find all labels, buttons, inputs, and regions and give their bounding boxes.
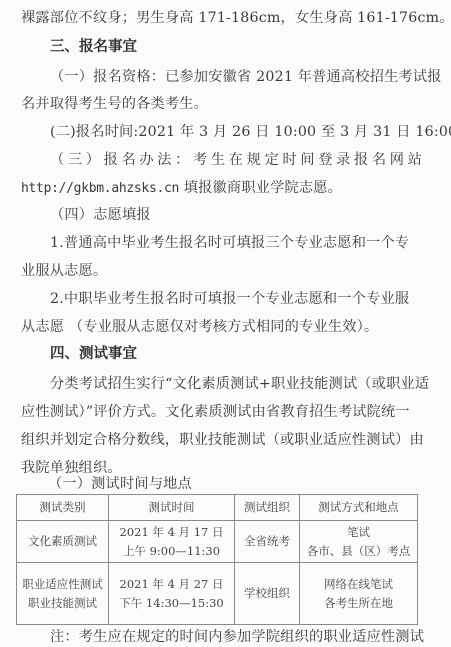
cell-text: 2021 年 4 月 17 日 <box>109 523 234 542</box>
cell-text: 上午 9:00—11:30 <box>109 542 234 561</box>
wish2-text-line1: 2.中职毕业考生报名时可填报一个专业志愿和一个专业服 <box>50 289 422 309</box>
section-heading-testing: 四、测试事宜 <box>50 344 137 364</box>
testing-para-line3: 组织并划定合格分数线，职业技能测试（或职业适应性测试）由 <box>21 430 423 450</box>
cell-text: 下午 14:30—15:30 <box>109 594 234 613</box>
wish2-text-line2: 从志愿 （专业服从志愿仅对考核方式相同的专业生效）。 <box>21 317 423 337</box>
registration-method-line2: http://gkbm.ahzsks.cn 填报徽商职业学院志愿。 <box>21 178 423 199</box>
header-cell-time: 测试时间 <box>109 495 235 521</box>
table-row: 文化素质测试 2021 年 4 月 17 日 上午 9:00—11:30 全省统… <box>17 521 418 563</box>
cell-category: 职业适应性测试 职业技能测试 <box>17 563 109 625</box>
cell-text: 全省统考 <box>235 532 299 551</box>
cell-text: 各考生所在地 <box>300 594 417 613</box>
cell-text: 2021 年 4 月 27 日 <box>109 575 234 594</box>
eligibility-text-line1: （一）报名资格：已参加安徽省 2021 年普通高校招生考试报 <box>50 67 422 87</box>
testing-para-line1: 分类考试招生实行“文化素质测试+职业技能测试（或职业适 <box>50 374 422 394</box>
header-cell-category: 测试类别 <box>17 495 109 521</box>
testing-para-line2: 应性测试）”评价方式。文化素质测试由省教育招生考试院统一 <box>21 402 423 422</box>
test-schedule-table: 测试类别 测试时间 测试组织 测试方式和地点 文化素质测试 2021 年 4 月… <box>16 494 418 625</box>
cell-text: 职业技能测试 <box>17 594 108 613</box>
note-text: 注：考生应在规定的时间内参加学院组织的职业适应性测试 <box>50 627 422 647</box>
cell-text: 笔试 <box>300 523 417 542</box>
cell-time: 2021 年 4 月 17 日 上午 9:00—11:30 <box>109 521 235 563</box>
wish1-text-line1: 1.普通高中毕业考生报名时可填报三个专业志愿和一个专 <box>50 233 422 253</box>
header-cell-organizer: 测试组织 <box>235 495 300 521</box>
registration-time-text: (二)报名时间:2021 年 3 月 26 日 10:00 至 3 月 31 日… <box>50 122 422 142</box>
registration-method-line1: （三）报名办法：考生在规定时间登录报名网站 <box>50 150 422 170</box>
cell-text: 学校组织 <box>235 584 299 603</box>
cell-text: 各市、县（区）考点 <box>300 542 417 561</box>
cell-text: 文化素质测试 <box>17 532 108 551</box>
header-cell-method: 测试方式和地点 <box>300 495 418 521</box>
cell-time: 2021 年 4 月 27 日 下午 14:30—15:30 <box>109 563 235 625</box>
eligibility-text-line2: 名并取得考生号的各类考生。 <box>21 94 423 114</box>
cell-organizer: 全省统考 <box>235 521 300 563</box>
section-heading-registration: 三、报名事宜 <box>50 37 137 57</box>
cell-organizer: 学校组织 <box>235 563 300 625</box>
cell-method: 笔试 各市、县（区）考点 <box>300 521 418 563</box>
cell-method: 网络在线笔试 各考生所在地 <box>300 563 418 625</box>
test-time-place-subheading: （一）测试时间与地点 <box>48 474 420 494</box>
table-header-row: 测试类别 测试时间 测试组织 测试方式和地点 <box>17 495 418 521</box>
registration-method-rest: 填报徽商职业学院志愿。 <box>179 180 342 196</box>
body-text-height-requirement: 裸露部位不纹身；男生身高 171-186cm，女生身高 161-176cm。 <box>21 8 423 28</box>
cell-category: 文化素质测试 <box>17 521 109 563</box>
cell-text: 职业适应性测试 <box>17 575 108 594</box>
wish-subheading: （四）志愿填报 <box>50 205 422 225</box>
table-row: 职业适应性测试 职业技能测试 2021 年 4 月 27 日 下午 14:30—… <box>17 563 418 625</box>
registration-url-link[interactable]: http://gkbm.ahzsks.cn <box>21 181 179 196</box>
cell-text: 网络在线笔试 <box>300 575 417 594</box>
wish1-text-line2: 业服从志愿。 <box>21 261 423 281</box>
